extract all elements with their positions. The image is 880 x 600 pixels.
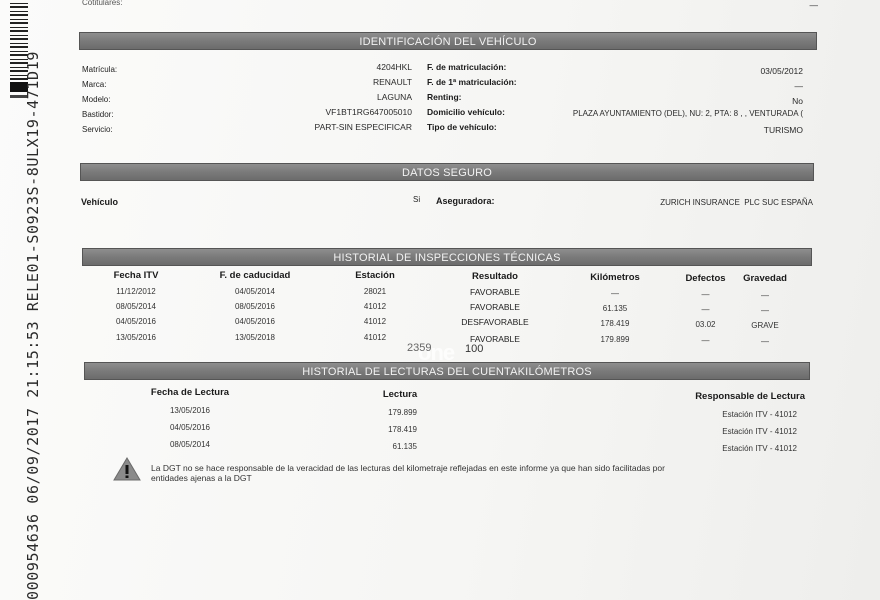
cotitulares-label: Cotitulares: <box>82 0 122 7</box>
table-cell: 08/05/2016 <box>205 302 305 311</box>
column-header: Fecha de Lectura <box>140 387 240 398</box>
field-value: 03/05/2012 <box>640 66 803 76</box>
section-header-inspecciones: HISTORIAL DE INSPECCIONES TÉCNICAS <box>82 248 812 266</box>
field-value: PART-SIN ESPECIFICAR <box>240 122 412 132</box>
section-header-seguro: DATOS SEGURO <box>80 163 814 181</box>
section-header-lecturas: HISTORIAL DE LECTURAS DEL CUENTAKILÓMETR… <box>84 362 810 380</box>
aseguradora-value: ZURICH INSURANCE PLC SUC ESPAÑA <box>600 198 813 207</box>
table-cell: 04/05/2014 <box>205 287 305 296</box>
table-cell: 08/05/2014 <box>100 302 172 311</box>
column-header: Defectos <box>678 273 733 284</box>
side-print-text: 000954636 06/09/2017 21:15:53 RELE01-S09… <box>24 90 42 600</box>
watermark-number-left: 2359 <box>407 342 431 354</box>
column-header: Kilómetros <box>575 272 655 283</box>
disclaimer-note: La DGT no se hace responsable de la vera… <box>151 463 791 483</box>
table-cell: 61.135 <box>575 304 655 313</box>
field-value: LAGUNA <box>260 92 412 102</box>
field-label: Renting: <box>427 92 461 102</box>
table-cell: 13/05/2016 <box>150 406 230 415</box>
table-cell: 179.899 <box>575 335 655 344</box>
column-header: Fecha ITV <box>100 270 172 281</box>
disclaimer-line-2: entidades ajenas a la DGT <box>151 473 791 483</box>
table-cell: 41012 <box>340 302 410 311</box>
vehiculo-value: Si <box>413 195 420 204</box>
table-cell: 61.135 <box>360 442 417 451</box>
aseguradora-label: Aseguradora: <box>436 196 495 206</box>
field-label: F. de matriculación: <box>427 62 506 72</box>
table-cell: — <box>735 306 795 315</box>
table-cell: 41012 <box>340 317 410 326</box>
table-cell: Estación ITV - 41012 <box>680 410 797 419</box>
table-cell: 11/12/2012 <box>100 287 172 296</box>
field-label: Modelo: <box>82 95 110 104</box>
table-cell: 41012 <box>340 333 410 342</box>
table-cell: 178.419 <box>575 319 655 328</box>
table-cell: 13/05/2018 <box>205 333 305 342</box>
table-cell: — <box>678 290 733 299</box>
table-cell: FAVORABLE <box>450 302 540 312</box>
table-cell: 178.419 <box>360 425 417 434</box>
table-cell: FAVORABLE <box>450 334 540 344</box>
field-value: RENAULT <box>260 77 412 87</box>
table-cell: DESFAVORABLE <box>450 317 540 327</box>
table-cell: 08/05/2014 <box>150 440 230 449</box>
column-header: Gravedad <box>735 273 795 284</box>
table-cell: FAVORABLE <box>450 287 540 297</box>
watermark-number-right: 100 <box>465 343 483 355</box>
table-cell: — <box>678 305 733 314</box>
table-cell: Estación ITV - 41012 <box>680 427 797 436</box>
warning-triangle-icon <box>112 456 142 482</box>
field-label: Marca: <box>82 80 106 89</box>
field-value: — <box>640 81 803 91</box>
field-label: F. de 1ª matriculación: <box>427 77 517 87</box>
column-header: Responsable de Lectura <box>680 391 805 402</box>
field-value: VF1BT1RG647005010 <box>260 107 412 117</box>
table-cell: GRAVE <box>735 321 795 330</box>
table-cell: 13/05/2016 <box>100 333 172 342</box>
table-cell: — <box>735 291 795 300</box>
table-cell: — <box>735 337 795 346</box>
table-cell: 179.899 <box>360 408 417 417</box>
table-cell: 04/05/2016 <box>205 317 305 326</box>
field-value: PLAZA AYUNTAMIENTO (DEL), NU: 2, PTA: 8 … <box>520 109 803 118</box>
field-label: Matrícula: <box>82 65 117 74</box>
column-header: F. de caducidad <box>205 270 305 281</box>
disclaimer-line-1: La DGT no se hace responsable de la vera… <box>151 463 791 473</box>
field-value: 4204HKL <box>260 62 412 72</box>
field-value: No <box>640 96 803 106</box>
table-cell: 28021 <box>340 287 410 296</box>
column-header: Lectura <box>370 389 430 400</box>
field-label: Domicilio vehículo: <box>427 107 505 117</box>
table-cell: — <box>575 289 655 298</box>
field-label: Servicio: <box>82 125 113 134</box>
table-cell: 04/05/2016 <box>100 317 172 326</box>
table-cell: 03.02 <box>678 320 733 329</box>
table-cell: 04/05/2016 <box>150 423 230 432</box>
section-header-identificacion: IDENTIFICACIÓN DEL VEHÍCULO <box>79 32 817 50</box>
field-label: Tipo de vehículo: <box>427 122 497 132</box>
vehiculo-label: Vehículo <box>81 197 118 207</box>
column-header: Resultado <box>450 271 540 282</box>
column-header: Estación <box>340 270 410 281</box>
field-value: TURISMO <box>640 125 803 135</box>
cotitulares-value: — <box>790 0 818 10</box>
table-cell: Estación ITV - 41012 <box>680 444 797 453</box>
field-label: Bastidor: <box>82 110 114 119</box>
table-cell: — <box>678 336 733 345</box>
